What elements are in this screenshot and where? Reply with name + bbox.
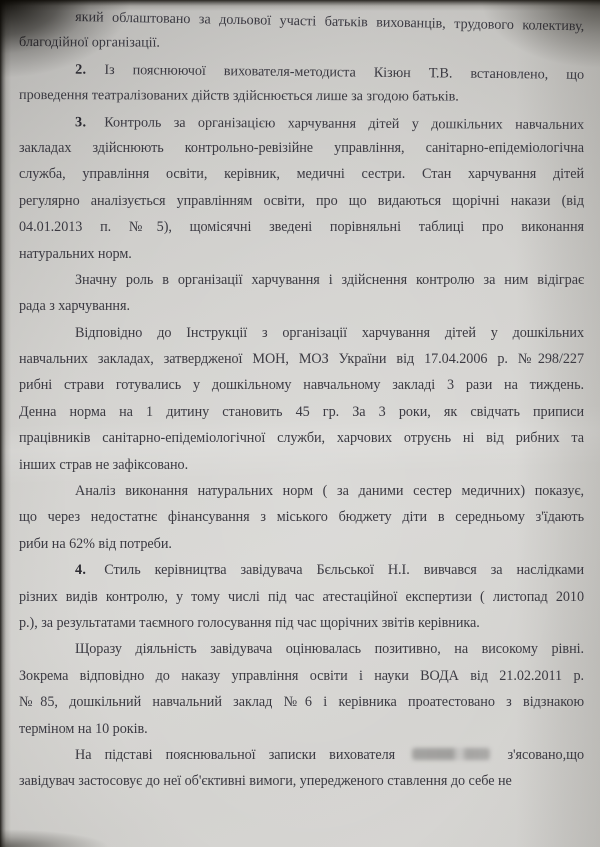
text-line: служба, управління освіти, керівник, мед… <box>19 161 584 187</box>
text-line: Аналіз виконання натуральних норм ( за д… <box>19 478 584 504</box>
text-line: регулярно аналізується управлінням освіт… <box>19 188 584 214</box>
paper-page: який облаштовано за дольової участі бать… <box>0 0 600 847</box>
text-line: 04.01.2013 п. №5), щомісячні зведені пор… <box>19 214 584 240</box>
text-line: 3.Контроль за організацією харчування ді… <box>19 109 584 138</box>
paper-edge-shadow-left <box>0 0 12 847</box>
text-line: Значну роль в організації харчування і з… <box>19 267 584 293</box>
corner-shadow-top-right <box>460 0 600 80</box>
text-line: Щоразу діяльність завідувача оцінювалась… <box>19 636 584 662</box>
corner-shadow-top-left <box>0 0 160 95</box>
paragraph-number: 3. <box>75 114 86 130</box>
paragraph: Значну роль в організації харчування і з… <box>19 267 584 320</box>
text-line: завідувач застосовує до неї об'єктивні в… <box>19 768 584 794</box>
paragraph: Відповідно до Інструкції з організації х… <box>19 320 584 478</box>
text-line: 4.Стиль керівництва завідувача Бєльської… <box>19 557 584 583</box>
paragraph: Щоразу діяльність завідувача оцінювалась… <box>19 636 584 742</box>
text-line: риби на 62% від потреби. <box>19 531 584 557</box>
text-line: р.), за результатами таємного голосуванн… <box>19 610 584 636</box>
text-line: різних видів контролю, у тому числі під … <box>19 584 584 610</box>
text-line: №85, дошкільний навчальний заклад №6 і к… <box>19 689 584 715</box>
text-line: Зокрема відповідно до наказу управління … <box>19 663 584 689</box>
corner-shadow-bottom-left <box>0 829 110 847</box>
paragraph: Аналіз виконання натуральних норм ( за д… <box>19 478 584 557</box>
text-line: навчальних закладах, затвердженої МОН, М… <box>19 346 584 372</box>
text-line: Відповідно до Інструкції з організації х… <box>19 320 584 346</box>
text-line: Денна норма на 1 дитину становить 45 гр.… <box>19 399 584 425</box>
paragraph-number: 4. <box>75 562 86 578</box>
text-line: рибні страви готувались у дошкільному на… <box>19 372 584 398</box>
text-line: рада з харчування. <box>19 293 584 319</box>
text-line: що через недостатнє фінансування з міськ… <box>19 504 584 530</box>
document-text: який облаштовано за дольової участі бать… <box>0 0 600 795</box>
paragraph: На підставі пояснювальної записки вихова… <box>19 742 584 795</box>
text-line: натуральних норм. <box>19 241 584 267</box>
redacted-name <box>412 748 490 760</box>
text-line: інших страв не зафіксовано. <box>19 452 584 478</box>
text-line: закладах здійснюють контрольно-ревізійне… <box>19 135 584 161</box>
paragraph: 3.Контроль за організацією харчування ді… <box>19 109 584 267</box>
paragraph: 4.Стиль керівництва завідувача Бєльської… <box>19 557 584 636</box>
text-line: працівників санітарно-епідеміологічної с… <box>19 425 584 451</box>
text-line: терміном на 10 років. <box>19 716 584 742</box>
text-line: На підставі пояснювальної записки вихова… <box>19 742 584 768</box>
